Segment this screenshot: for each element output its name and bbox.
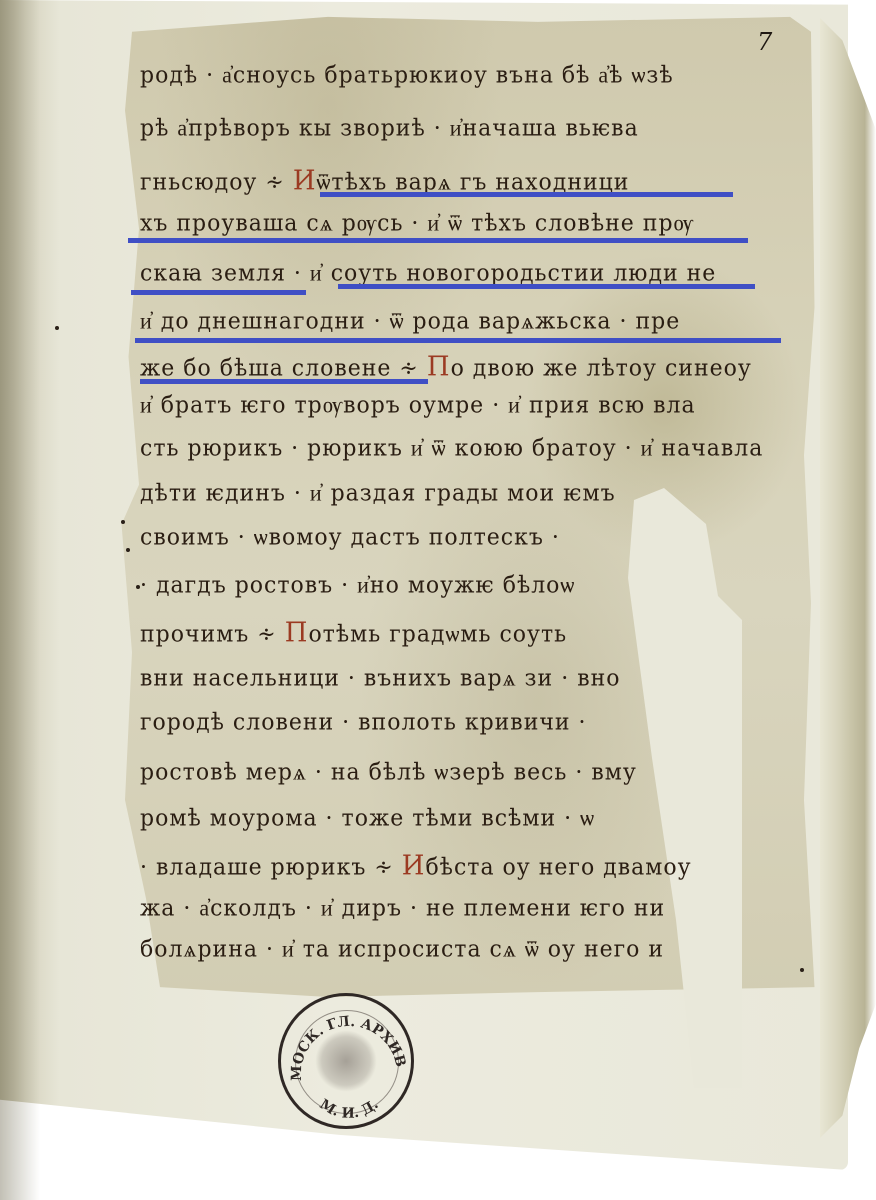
manuscript-line-19: жа · а҆сколдъ · и҆ диръ · не племени ѥго… bbox=[140, 894, 665, 921]
manuscript-line-12: · дагдъ ростовъ · и҆но моужѥ бѣлоѡ bbox=[140, 571, 575, 598]
rubric-initial: П bbox=[285, 617, 309, 649]
spine-shadow bbox=[0, 0, 40, 1200]
ink-speck bbox=[55, 326, 59, 330]
manuscript-line-1: родѣ · а҆сноусь братьрюкиоу въна бѣ а҆ѣ … bbox=[140, 61, 674, 88]
ink-speck bbox=[126, 548, 130, 552]
svg-text:МОСК. ГЛ. АРХИВЪ: МОСК. ГЛ. АРХИВЪ bbox=[281, 996, 409, 1081]
manuscript-line-17: ромѣ моурома · тоже тѣми всѣми · ѡ bbox=[140, 804, 595, 831]
manuscript-line-15: городѣ словени · вполоть кривичи · bbox=[140, 709, 587, 735]
highlight-underline bbox=[135, 338, 781, 343]
page-edges bbox=[820, 18, 876, 1138]
highlight-underline bbox=[140, 379, 428, 384]
archive-stamp: МОСК. ГЛ. АРХИВЪ М. И. Д. bbox=[278, 993, 414, 1129]
manuscript-line-16: ростовѣ мерѧ · на бѣлѣ ѡзерѣ весь · вму bbox=[140, 758, 637, 785]
manuscript-line-10: дѣти ѥдинъ · и҆ раздая грады мои ѥмъ bbox=[140, 479, 616, 506]
manuscript-line-18: · владаше рюрикъ ∻ Ибѣста оу него двамоу bbox=[140, 850, 692, 882]
highlight-underline bbox=[131, 290, 306, 295]
ink-speck bbox=[136, 585, 140, 589]
manuscript-line-9: сть рюрикъ · рюрикъ и҆ ѿ коюю братоу · и… bbox=[140, 434, 763, 461]
manuscript-line-14: вни насельници · вънихъ варѧ зи · вно bbox=[140, 664, 621, 691]
manuscript-line-5: скаꙗ земля · и҆ соуть новогородьстии люд… bbox=[140, 259, 716, 286]
ink-speck bbox=[121, 520, 125, 524]
highlight-underline bbox=[128, 238, 748, 243]
manuscript-line-2: рѣ а҆прѣворъ кы звориѣ · и҆начаша вьѥва bbox=[140, 114, 639, 141]
highlight-underline bbox=[320, 192, 733, 197]
folio-number: 7 bbox=[757, 28, 772, 56]
manuscript-line-11: своимъ · ѡвомоу дастъ полтескъ · bbox=[140, 523, 560, 550]
manuscript-photo: 7 родѣ · а҆сноусь братьрюкиоу въна бѣ а҆… bbox=[0, 0, 876, 1200]
rubric-initial: И bbox=[402, 850, 426, 882]
manuscript-line-4: хъ проуваша сѧ рѹсь · и҆ ѿ тѣхъ словѣне … bbox=[140, 209, 694, 236]
stamp-lettering: МОСК. ГЛ. АРХИВЪ М. И. Д. bbox=[281, 996, 417, 1132]
highlight-underline bbox=[338, 284, 755, 289]
manuscript-line-20: болѧрина · и҆ та испросиста сѧ ѿ оу него… bbox=[140, 935, 664, 962]
manuscript-line-6: и҆ до днешнагодни · ѿ рода варѧжьска · п… bbox=[140, 307, 680, 334]
ink-speck bbox=[800, 968, 804, 972]
rubric-initial: И bbox=[293, 165, 317, 197]
rubric-initial: П bbox=[427, 351, 451, 383]
manuscript-line-13: прочимъ ∻ Потѣмь градѡмь соуть bbox=[140, 617, 567, 649]
svg-text:М. И. Д.: М. И. Д. bbox=[317, 1096, 382, 1121]
manuscript-line-8: и҆ братъ ѥго трѹворъ оумре · и҆ прия всю… bbox=[140, 391, 696, 418]
